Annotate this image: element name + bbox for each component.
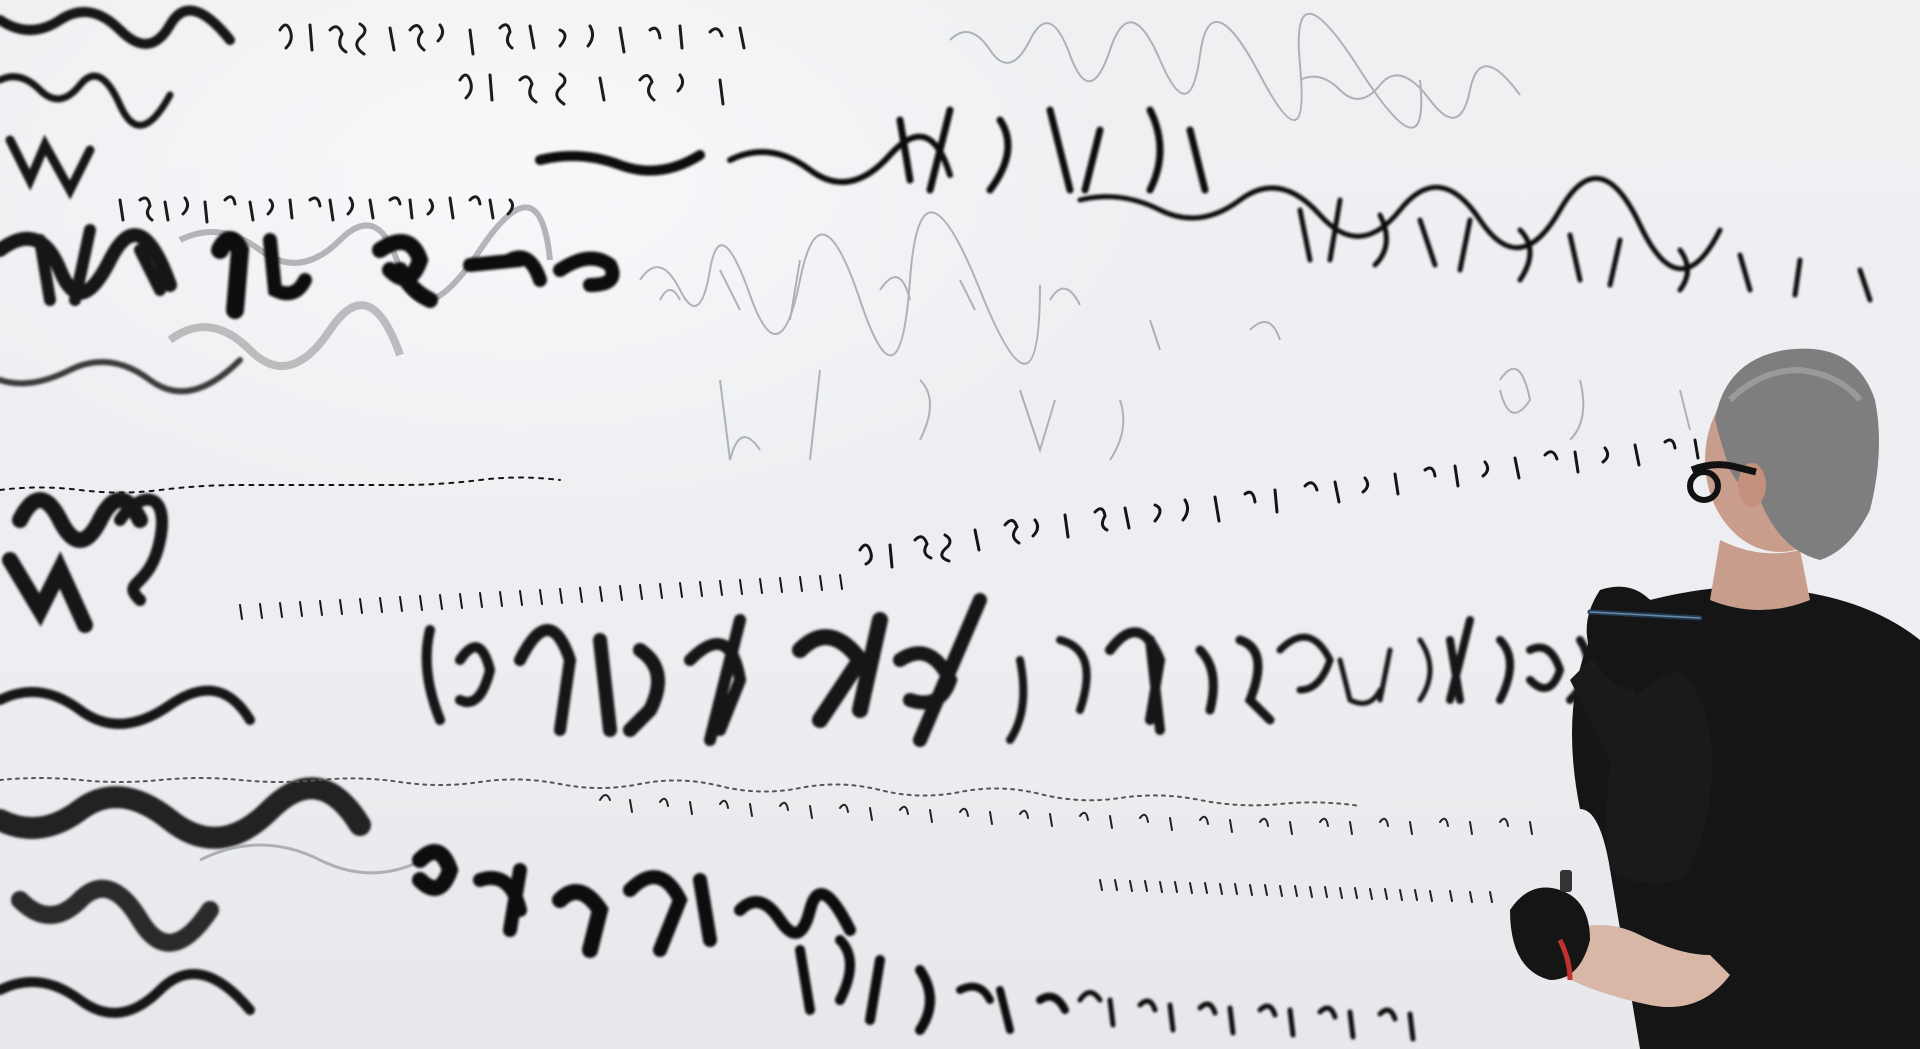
calligraphy-wall <box>0 0 1920 1049</box>
row-small-glyphs-1 <box>0 440 1698 619</box>
row-brush-1 <box>220 110 1870 310</box>
row-top-glyphs <box>120 24 744 222</box>
marker <box>1560 870 1572 892</box>
left-dense-writing <box>0 11 360 1013</box>
row-brush-3 <box>420 852 1413 1039</box>
row-brush-2 <box>427 600 1640 740</box>
left-glove <box>1510 888 1590 981</box>
photo-scene <box>0 0 1920 1049</box>
neck <box>1710 540 1810 610</box>
